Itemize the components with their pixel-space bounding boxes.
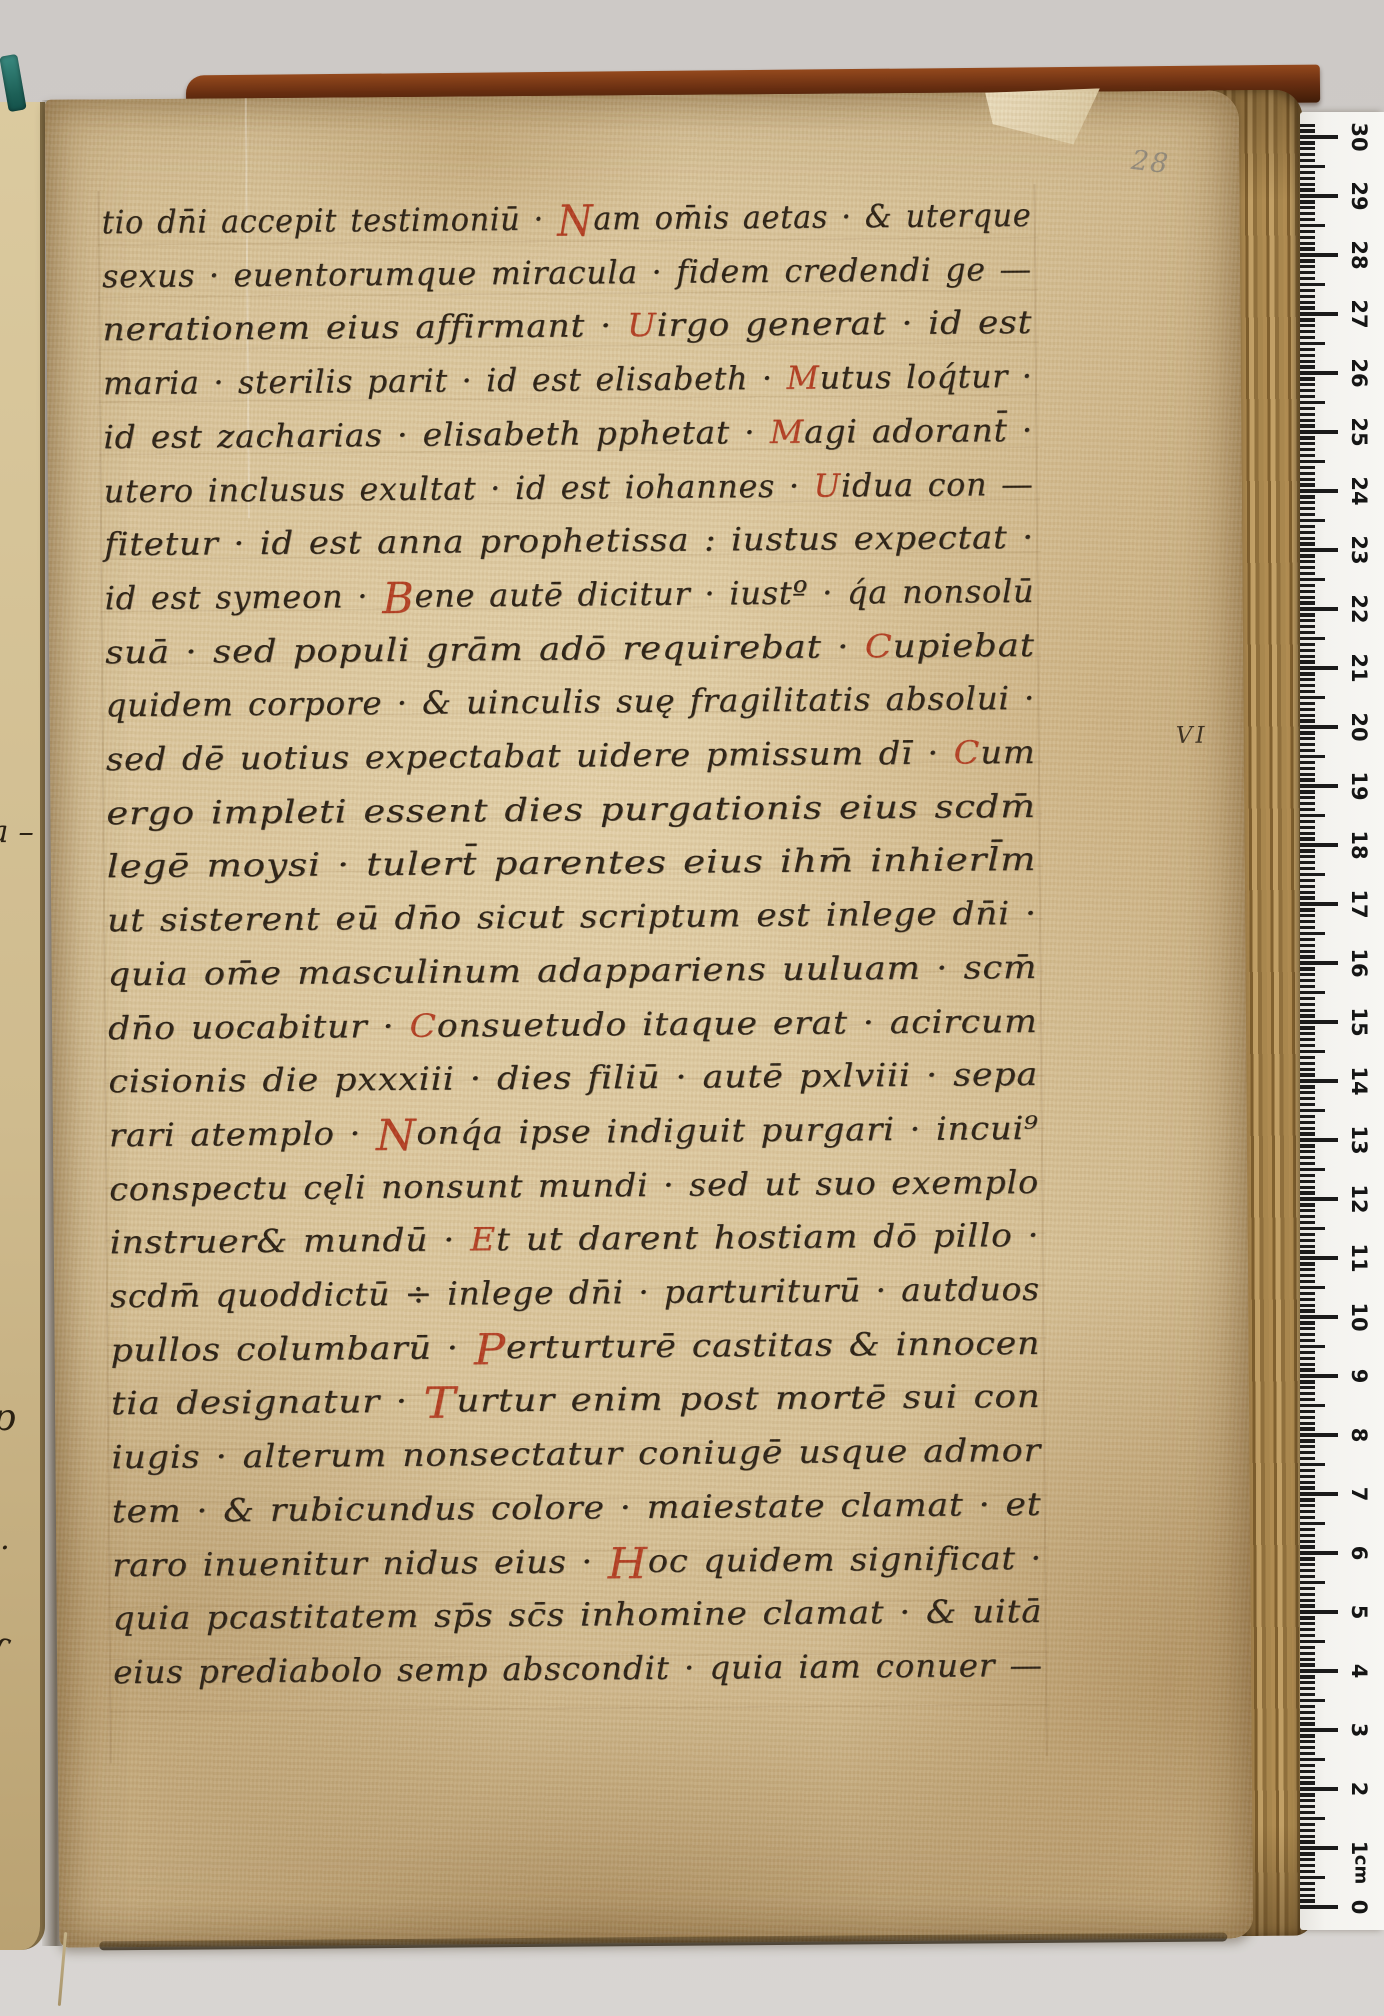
ruler-tick	[1300, 312, 1338, 315]
ruler-tick	[1300, 1374, 1338, 1377]
ruler-tick	[1300, 1315, 1338, 1318]
ruler-tick	[1300, 938, 1315, 941]
ruler-tick	[1300, 672, 1315, 675]
rubric-initial: N	[376, 1111, 417, 1161]
text-segment: quia om̄e masculinum adappariens uuluam …	[107, 948, 1037, 993]
ruler-number: 27	[1346, 297, 1372, 331]
ruler-tick	[1300, 955, 1315, 958]
ruler-tick	[1300, 1062, 1315, 1065]
ruler-tick	[1300, 796, 1315, 799]
ruler: 3029282726252423222120191817161514131211…	[1300, 112, 1384, 1930]
ruler-tick	[1300, 466, 1315, 469]
ruler-tick	[1300, 1203, 1315, 1206]
ruler-tick	[1300, 1776, 1315, 1779]
ruler-tick	[1300, 867, 1315, 870]
text-segment: tio dn̄i accepit testimoniū ·	[102, 200, 558, 242]
text-segment: eius prediabolo semp abscondit · quia ia…	[113, 1646, 1043, 1691]
ruler-tick	[1300, 531, 1315, 534]
text-segment: quia pcastitatem sp̄s sc̄s inhomine clam…	[113, 1592, 1043, 1637]
ruler-tick	[1300, 259, 1315, 262]
ruler-tick	[1300, 177, 1315, 180]
ruler-tick	[1300, 1817, 1325, 1820]
ruler-tick	[1300, 1309, 1315, 1312]
ruler-tick	[1300, 1109, 1325, 1112]
ruler-tick	[1300, 1068, 1315, 1071]
text-segment: id est symeon ·	[105, 577, 383, 617]
ruler-tick	[1300, 1894, 1315, 1897]
ruler-tick	[1300, 1445, 1315, 1448]
ruler-tick	[1300, 932, 1325, 935]
ruler-tick	[1300, 1233, 1315, 1236]
ruler-tick	[1300, 684, 1315, 687]
manuscript-text-line: quia om̄e masculinum adappariens uuluam …	[107, 944, 1037, 997]
ruler-number: 26	[1346, 356, 1372, 390]
ruler-tick	[1300, 1799, 1315, 1802]
ruler-tick	[1300, 188, 1315, 191]
ruler-tick	[1300, 1752, 1315, 1755]
ruler-tick	[1300, 997, 1315, 1000]
text-segment: oc quidem significat ·	[648, 1538, 1042, 1579]
manuscript-text-line: dn̄o uocabitur · Consuetudo itaque erat …	[108, 997, 1038, 1050]
ruler-tick	[1300, 513, 1315, 516]
ruler-tick	[1300, 1398, 1315, 1401]
ruler-tick	[1300, 607, 1338, 610]
manuscript-text-line: sexus · euentorumque miracula · fidem cr…	[102, 246, 1032, 299]
ruler-tick	[1300, 354, 1315, 357]
ruler-tick	[1300, 1245, 1315, 1248]
ruler-tick	[1300, 230, 1315, 233]
manuscript-text-line: nerationem eius affirmant · Uirgo genera…	[102, 299, 1032, 352]
ruler-tick	[1300, 153, 1315, 156]
ruler-tick	[1300, 961, 1338, 964]
ruler-tick	[1300, 1439, 1315, 1442]
ruler-tick	[1300, 1758, 1325, 1761]
ruler-tick	[1300, 1811, 1315, 1814]
ruler-tick	[1300, 1475, 1315, 1478]
rubric-initial: B	[382, 574, 415, 624]
ruler-tick	[1300, 944, 1315, 947]
ruler-number: 20	[1346, 710, 1372, 744]
manuscript-text-line: quidem corpore · & uinculis suę fragilit…	[105, 675, 1035, 728]
ruler-tick	[1300, 289, 1315, 292]
manuscript-text-line: iugis · alterum nonsectatur coniugē usqu…	[111, 1427, 1041, 1480]
ruler-tick	[1300, 1575, 1315, 1578]
ruler-number: 8	[1346, 1418, 1372, 1452]
ruler-tick	[1300, 832, 1315, 835]
ruler-tick	[1300, 1451, 1315, 1454]
ruler-tick	[1300, 212, 1315, 215]
ruler-tick	[1300, 1298, 1315, 1301]
ruler-tick	[1300, 336, 1315, 339]
ruler-tick	[1300, 519, 1325, 522]
ruler-tick	[1300, 896, 1315, 899]
ruler-tick	[1300, 413, 1315, 416]
text-segment: utero inclusus exultat · id est iohannes…	[104, 466, 814, 510]
ruler-number: 12	[1346, 1182, 1372, 1216]
manuscript-text-line: scdm̄ quoddictū ÷ inlege dn̄i · parturit…	[110, 1266, 1040, 1319]
ruler-tick	[1300, 1457, 1315, 1460]
ruler-tick	[1300, 548, 1338, 551]
ruler-tick	[1300, 1227, 1325, 1230]
ruler-tick	[1300, 637, 1325, 640]
ruler-tick	[1300, 773, 1315, 776]
ruler-tick	[1300, 985, 1315, 988]
ruler-tick	[1300, 914, 1315, 917]
ruler-tick	[1300, 1433, 1338, 1436]
ruler-tick	[1300, 306, 1315, 309]
ruler-tick	[1300, 1504, 1315, 1507]
ruler-tick	[1300, 1321, 1315, 1324]
ruler-tick	[1300, 1091, 1315, 1094]
manuscript-text-line: ut sisterent eū dn̄o sicut scriptum est …	[107, 890, 1037, 943]
ruler-tick	[1300, 1705, 1315, 1708]
ruler-tick	[1300, 342, 1325, 345]
ruler-tick	[1300, 1050, 1325, 1053]
manuscript-text-line: id est zacharias · elisabeth pphetat · M…	[103, 407, 1033, 460]
ruler-tick	[1300, 1044, 1315, 1047]
ruler-tick	[1300, 1658, 1315, 1661]
ruler-tick	[1300, 1073, 1315, 1076]
ruler-tick	[1300, 1628, 1315, 1631]
ruler-tick	[1300, 1180, 1315, 1183]
ruler-tick	[1300, 1327, 1315, 1330]
ruler-tick	[1300, 855, 1315, 858]
text-segment: quidem corpore · & uinculis suę fragilit…	[105, 679, 1035, 724]
ruler-number: 22	[1346, 592, 1372, 626]
text-segment: upiebat	[893, 626, 1035, 665]
ruler-tick	[1300, 1132, 1315, 1135]
ruler-tick	[1300, 1103, 1315, 1106]
ruler-tick	[1300, 1675, 1315, 1678]
text-segment: t ut darent hostiam dō pillo ·	[496, 1216, 1040, 1258]
text-segment: onq́a ipse indiguit purgari · incui⁹	[416, 1109, 1038, 1152]
text-segment: tia designatur ·	[111, 1382, 424, 1422]
ruler-tick	[1300, 407, 1315, 410]
ruler-tick	[1300, 1864, 1315, 1867]
ruler-tick	[1300, 826, 1315, 829]
facing-page-edge	[0, 102, 45, 1950]
ruler-number: 13	[1346, 1123, 1372, 1157]
ruler-tick	[1300, 743, 1315, 746]
rubric-initial: U	[627, 306, 657, 344]
ruler-tick	[1300, 843, 1338, 846]
ruler-tick	[1300, 1793, 1315, 1796]
ruler-number: 14	[1346, 1064, 1372, 1098]
ruler-tick	[1300, 1250, 1315, 1253]
ruler-tick	[1300, 236, 1315, 239]
ruler-tick	[1300, 129, 1315, 132]
ruler-number: 23	[1346, 533, 1372, 567]
ruler-tick	[1300, 1144, 1315, 1147]
ruler-tick	[1300, 1687, 1315, 1690]
ruler-tick	[1300, 1905, 1338, 1908]
rubric-initial: M	[786, 359, 819, 397]
ruler-tick	[1300, 1876, 1325, 1879]
ruler-tick	[1300, 1545, 1315, 1548]
ruler-tick	[1300, 330, 1315, 333]
manuscript-text-line: tia designatur · Turtur enim post mortē …	[111, 1373, 1041, 1426]
ruler-tick	[1300, 1191, 1315, 1194]
ruler-tick	[1300, 401, 1325, 404]
text-segment: conspectu cęli nonsunt mundi · sed ut su…	[109, 1163, 1039, 1208]
ruler-tick	[1300, 908, 1315, 911]
ruler-number: 28	[1346, 238, 1372, 272]
ruler-tick	[1300, 861, 1315, 864]
ruler-tick	[1300, 1280, 1315, 1283]
ruler-tick	[1300, 1516, 1315, 1519]
ruler-tick	[1300, 1717, 1315, 1720]
text-segment: maria · sterilis parit · id est elisabet…	[103, 359, 787, 402]
ruler-tick	[1300, 554, 1315, 557]
ruler-tick	[1300, 767, 1315, 770]
ruler-number: 2	[1346, 1772, 1372, 1806]
text-block: tio dn̄i accepit testimoniū · Nam om̄is …	[45, 90, 1253, 1947]
text-segment: ut sisterent eū dn̄o sicut scriptum est …	[107, 894, 1037, 939]
ruler-tick	[1300, 200, 1315, 203]
ruler-tick	[1300, 731, 1315, 734]
ruler-tick	[1300, 1652, 1315, 1655]
ruler-tick	[1300, 242, 1315, 245]
ruler-tick	[1300, 1085, 1315, 1088]
ruler-number: 15	[1346, 1005, 1372, 1039]
ruler-tick	[1300, 436, 1315, 439]
ruler-tick	[1300, 991, 1325, 994]
ruler-tick	[1300, 655, 1315, 658]
ruler-tick	[1300, 1392, 1315, 1395]
ruler-tick	[1300, 525, 1315, 528]
ruler-tick	[1300, 1563, 1315, 1566]
rubric-initial: P	[474, 1325, 507, 1375]
ruler-tick	[1300, 460, 1325, 463]
ruler-tick	[1300, 1846, 1338, 1849]
ruler-tick	[1300, 224, 1325, 227]
ruler-tick	[1300, 1026, 1315, 1029]
ruler-tick	[1300, 1003, 1315, 1006]
ruler-tick	[1300, 926, 1315, 929]
rubric-initial: U	[813, 466, 841, 504]
ruler-tick	[1300, 1127, 1315, 1130]
ruler-number: 3	[1346, 1713, 1372, 1747]
ruler-tick	[1300, 1292, 1315, 1295]
ruler-tick	[1300, 489, 1338, 492]
ruler-tick	[1300, 755, 1325, 758]
ruler-number: 18	[1346, 828, 1372, 862]
rubric-initial: H	[607, 1539, 648, 1589]
ruler-tick	[1300, 849, 1315, 852]
photo-backdrop: 28 VI tio dn̄i accepit testimoniū · Nam …	[0, 0, 1384, 2016]
manuscript-text-line: instruer& mundū · Et ut darent hostiam d…	[110, 1212, 1040, 1265]
text-segment: instruer& mundū ·	[110, 1221, 471, 1262]
manuscript-text-line: tem · & rubicundus colore · maiestate cl…	[112, 1481, 1042, 1534]
ruler-number: 0	[1346, 1890, 1372, 1924]
ruler-tick	[1300, 1215, 1315, 1218]
ruler-tick	[1300, 1551, 1338, 1554]
ruler-tick	[1300, 377, 1315, 380]
ruler-tick	[1300, 1492, 1338, 1495]
ruler-tick	[1300, 1587, 1315, 1590]
ruler-tick	[1300, 395, 1315, 398]
ruler-number: 5	[1346, 1595, 1372, 1629]
ruler-tick	[1300, 318, 1315, 321]
ruler-number: 7	[1346, 1477, 1372, 1511]
ruler-tick	[1300, 1528, 1315, 1531]
text-segment: idua con —	[841, 464, 1034, 504]
rubric-initial: C	[953, 733, 980, 771]
ruler-tick	[1300, 1162, 1315, 1165]
ruler-tick	[1300, 1380, 1315, 1383]
ruler-unit-label: cm	[1351, 1852, 1372, 1886]
manuscript-text-line: utero inclusus exultat · id est iohannes…	[104, 460, 1034, 513]
ruler-number: 16	[1346, 946, 1372, 980]
ruler-tick	[1300, 690, 1315, 693]
ruler-tick	[1300, 442, 1315, 445]
ruler-tick	[1300, 1634, 1315, 1637]
text-segment: legē moysi · tulert̄ parentes eius ihm̄ …	[107, 840, 1037, 885]
ruler-tick	[1300, 419, 1315, 422]
ruler-tick	[1300, 295, 1315, 298]
text-segment: agi adorant̄ ·	[804, 411, 1033, 451]
text-segment: iugis · alterum nonsectatur coniugē usqu…	[111, 1431, 1041, 1476]
ruler-tick	[1300, 1781, 1315, 1784]
ruler-tick	[1300, 1481, 1315, 1484]
ruler-tick	[1300, 218, 1315, 221]
manuscript-text-line: cisionis die pxxxiii · dies filiū · autē…	[108, 1051, 1038, 1104]
ruler-tick	[1300, 265, 1315, 268]
ruler-tick	[1300, 324, 1315, 327]
text-segment: am om̄is aetas · & uterque	[593, 196, 1031, 237]
ruler-tick	[1300, 879, 1315, 882]
manuscript-text-line: raro inuenitur nidus eius · Hoc quidem s…	[112, 1534, 1042, 1587]
manuscript-text-line: id est symeon · Bene autē dicitur · iust…	[104, 568, 1034, 621]
ruler-tick	[1300, 578, 1325, 581]
ruler-tick	[1300, 1486, 1315, 1489]
ruler-tick	[1300, 660, 1315, 663]
ruler-tick	[1300, 820, 1315, 823]
ruler-tick	[1300, 790, 1315, 793]
text-segment: rari atemplo ·	[109, 1114, 376, 1154]
ruler-tick	[1300, 277, 1315, 280]
ruler-tick	[1300, 1498, 1315, 1501]
text-segment: cisionis die pxxxiii · dies filiū · autē…	[108, 1055, 1038, 1100]
ruler-tick	[1300, 613, 1315, 616]
ruler-tick	[1300, 1610, 1338, 1613]
text-segment: pullos columbarū ·	[110, 1328, 474, 1369]
ruler-number: 4	[1346, 1654, 1372, 1688]
manuscript-text-line: quia pcastitatem sp̄s sc̄s inhomine clam…	[113, 1588, 1043, 1641]
ruler-tick	[1300, 1604, 1315, 1607]
ruler-tick	[1300, 1351, 1315, 1354]
ruler-tick	[1300, 1510, 1315, 1513]
ruler-tick	[1300, 1469, 1315, 1472]
ruler-tick	[1300, 1858, 1315, 1861]
rubric-initial: C	[409, 1006, 437, 1044]
ruler-tick	[1300, 891, 1315, 894]
ruler-tick	[1300, 808, 1315, 811]
text-segment: irgo generat · id est	[657, 303, 1033, 344]
ruler-tick	[1300, 1097, 1315, 1100]
ruler-tick	[1300, 1693, 1315, 1696]
ruler-tick	[1300, 454, 1315, 457]
ruler-tick	[1300, 389, 1315, 392]
ruler-tick	[1300, 271, 1315, 274]
ruler-tick	[1300, 1699, 1325, 1702]
ruler-tick	[1300, 1174, 1315, 1177]
ruler-tick	[1300, 625, 1315, 628]
manuscript-text-line: fitetur · id est anna prophetissa : iust…	[104, 514, 1034, 567]
rubric-initial: M	[770, 413, 805, 451]
ruler-tick	[1300, 631, 1315, 634]
ruler-tick	[1300, 1640, 1325, 1643]
ruler-tick	[1300, 472, 1315, 475]
text-segment: dn̄o uocabitur ·	[108, 1006, 410, 1046]
ruler-tick	[1300, 478, 1315, 481]
rubric-initial: C	[865, 627, 893, 665]
ruler-tick	[1300, 448, 1315, 451]
ruler-tick	[1300, 596, 1315, 599]
ruler-tick	[1300, 719, 1315, 722]
ruler-tick	[1300, 1168, 1325, 1171]
ruler-tick	[1300, 560, 1315, 563]
manuscript-text-line: eius prediabolo semp abscondit · quia ia…	[113, 1642, 1043, 1695]
rubric-initial: E	[470, 1221, 496, 1259]
ruler-tick	[1300, 725, 1338, 728]
ruler-tick	[1300, 1333, 1315, 1336]
ruler-tick	[1300, 1239, 1315, 1242]
ruler-tick	[1300, 601, 1315, 604]
text-segment: sexus · euentorumque miracula · fidem cr…	[102, 250, 1032, 295]
ruler-tick	[1300, 247, 1315, 250]
ruler-tick	[1300, 1056, 1315, 1059]
marginal-fragment: p	[0, 1396, 16, 1439]
ruler-tick	[1300, 802, 1315, 805]
text-segment: ergo impleti essent dies purgationis eiu…	[106, 787, 1036, 832]
ruler-number: 19	[1346, 769, 1372, 803]
manuscript-text-line: ergo impleti essent dies purgationis eiu…	[106, 783, 1036, 836]
ruler-tick	[1300, 1711, 1315, 1714]
ruler-tick	[1300, 507, 1315, 510]
ruler-tick	[1300, 1852, 1315, 1855]
ruler-tick	[1300, 920, 1315, 923]
ruler-tick	[1300, 1622, 1315, 1625]
ruler-tick	[1300, 678, 1315, 681]
text-segment: suā · sed populi grām adō requirebat ·	[105, 627, 865, 671]
ruler-tick	[1300, 1728, 1338, 1731]
ruler-tick	[1300, 348, 1315, 351]
ruler-tick	[1300, 1681, 1315, 1684]
ruler-tick	[1300, 1345, 1325, 1348]
manuscript-text-line: pullos columbarū · Perturturē castitas &…	[110, 1320, 1040, 1373]
ruler-tick	[1300, 1256, 1338, 1259]
ruler-tick	[1300, 1262, 1315, 1265]
ruler-number: 9	[1346, 1359, 1372, 1393]
ruler-tick	[1300, 837, 1315, 840]
marginal-fragment: ·	[0, 1530, 10, 1566]
text-segment: erturturē castitas & innocen	[506, 1324, 1041, 1366]
ruler-tick	[1300, 371, 1338, 374]
text-segment: sed dē uotius expectabat uidere pmissum …	[106, 734, 954, 779]
ruler-tick	[1300, 1386, 1315, 1389]
ruler-tick	[1300, 1463, 1325, 1466]
manuscript-text-line: sed dē uotius expectabat uidere pmissum …	[106, 729, 1036, 782]
ruler-tick	[1300, 165, 1325, 168]
text-segment: nerationem eius affirmant ·	[102, 307, 627, 349]
ruler-tick	[1300, 873, 1325, 876]
marginal-fragment: a –	[0, 814, 34, 850]
ruler-tick	[1300, 584, 1315, 587]
ruler-tick	[1300, 1522, 1325, 1525]
ruler-tick	[1300, 1363, 1315, 1366]
ruler-tick	[1300, 1274, 1315, 1277]
